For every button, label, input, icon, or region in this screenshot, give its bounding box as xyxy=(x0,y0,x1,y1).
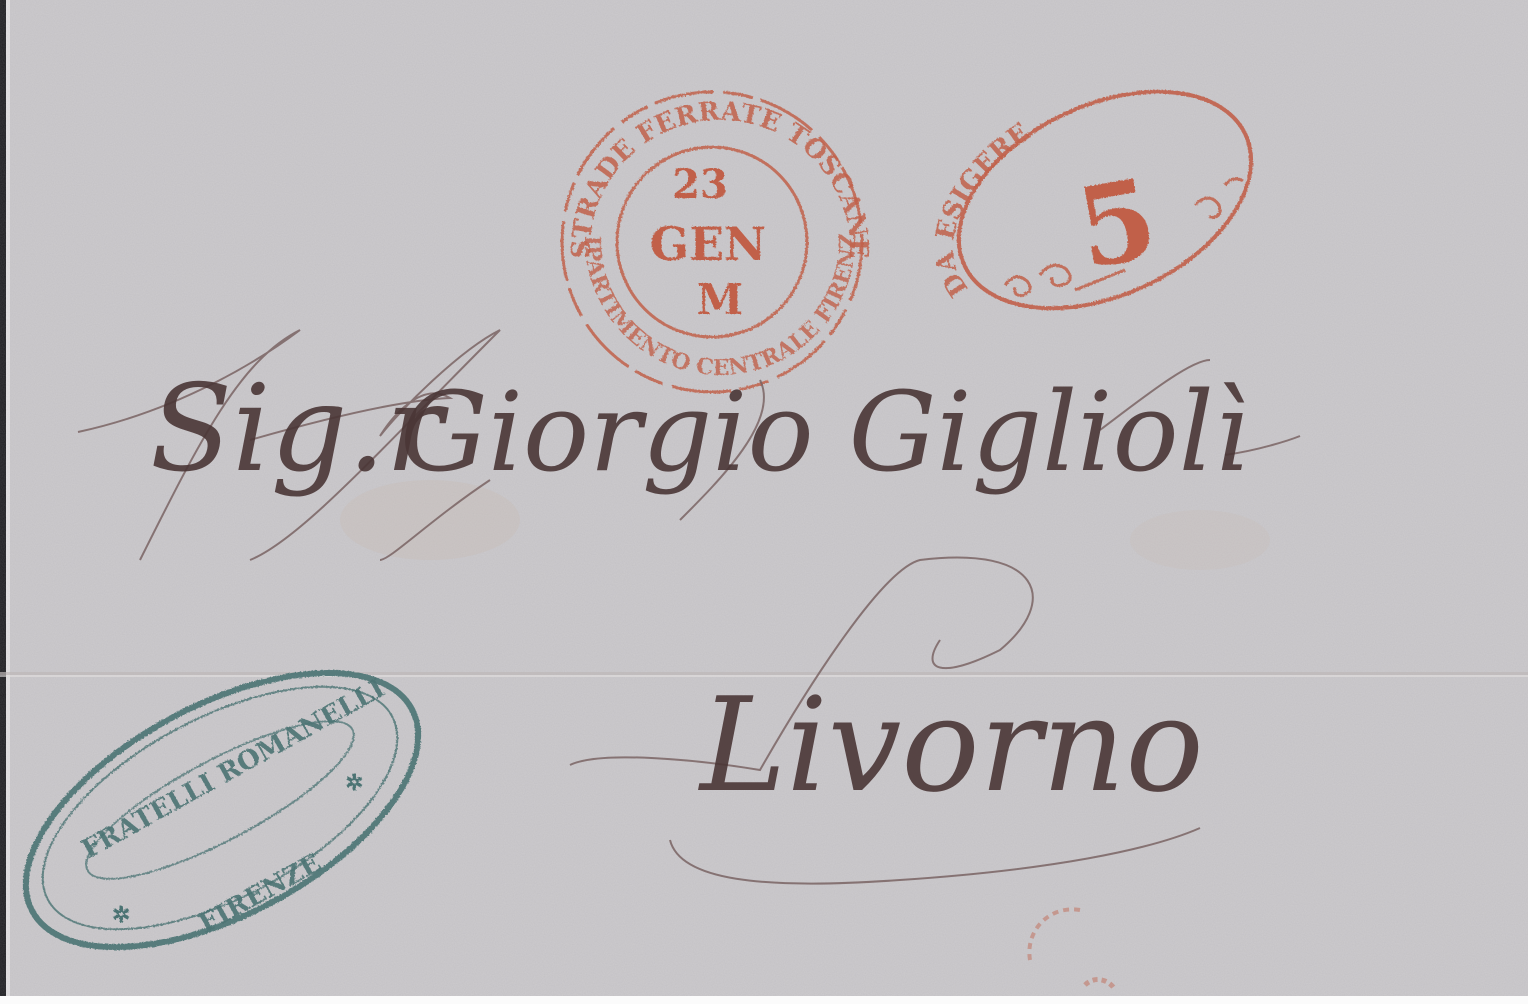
postmark-time: M xyxy=(697,275,744,324)
postmark-day: 23 xyxy=(672,161,728,208)
address-name: Giorgio Gigliolì xyxy=(400,368,1249,496)
cover-artwork: STRADE FERRATE TOSCANE DIPARTIMENTO CENT… xyxy=(0,0,1528,996)
star-ornament-icon: ✲ xyxy=(112,902,130,928)
scan-margin xyxy=(0,996,1528,1004)
star-ornament-icon: ✲ xyxy=(345,770,363,796)
address-city: Livorno xyxy=(698,669,1204,821)
postmark-month: GEN xyxy=(650,217,766,271)
